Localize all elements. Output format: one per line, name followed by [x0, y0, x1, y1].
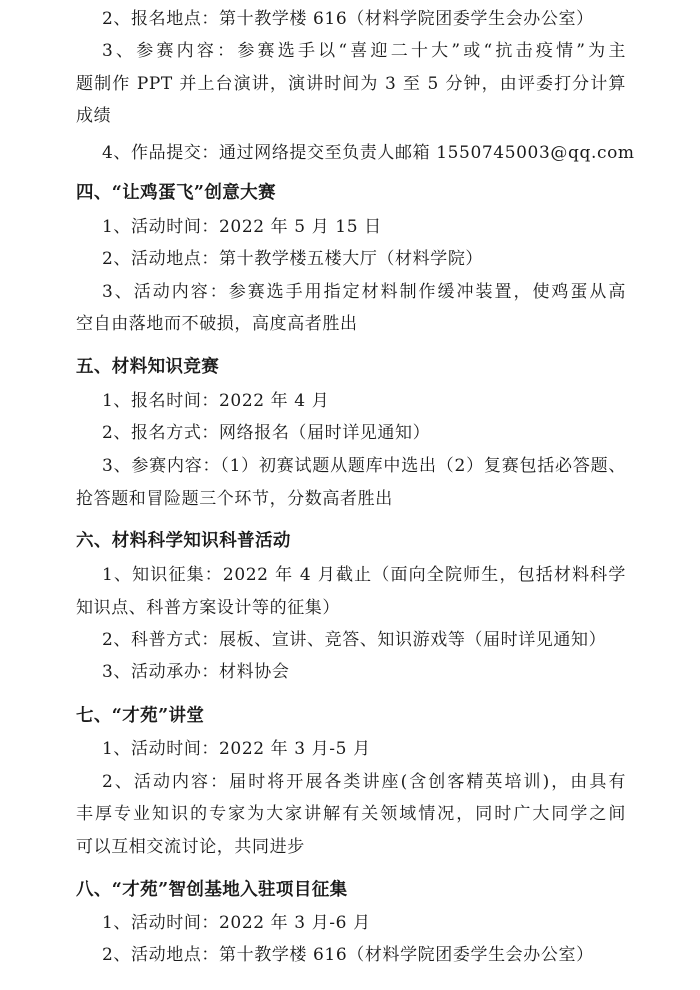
text-line: 1、报名时间：2022 年 4 月 — [102, 390, 329, 412]
text-line: 1、活动时间：2022 年 3 月-5 月 — [102, 738, 371, 760]
text-line: 4、作品提交：通过网络提交至负责人邮箱 1550745003@qq.com — [102, 142, 635, 164]
section-heading: 五、材料知识竞赛 — [76, 356, 219, 378]
text-line: 3、参赛内容：（1）初赛试题从题库中选出（2）复赛包括必答题、 — [102, 455, 626, 477]
text-line: 2、活动内容：届时将开展各类讲座(含创客精英培训)，由具有 — [102, 771, 626, 793]
text-line: 1、活动时间：2022 年 5 月 15 日 — [102, 216, 382, 238]
text-line: 2、科普方式：展板、宣讲、竞答、知识游戏等（届时详见通知） — [102, 629, 606, 651]
text-line: 知识点、科普方案设计等的征集） — [76, 597, 340, 619]
text-line: 2、报名地点：第十教学楼 616（材料学院团委学生会办公室） — [102, 8, 594, 30]
text-line: 3、活动内容：参赛选手用指定材料制作缓冲装置，使鸡蛋从高 — [102, 281, 626, 303]
section-heading: 七、“才苑”讲堂 — [76, 705, 204, 727]
text-line: 1、活动时间：2022 年 3 月-6 月 — [102, 912, 371, 934]
text-line: 1、知识征集：2022 年 4 月截止（面向全院师生，包括材料科学 — [102, 564, 626, 586]
text-line: 空自由落地而不破损，高度高者胜出 — [76, 313, 358, 335]
text-line: 3、参赛内容：参赛选手以“喜迎二十大”或“抗击疫情”为主 — [102, 40, 626, 62]
text-line: 2、活动地点：第十教学楼 616（材料学院团委学生会办公室） — [102, 944, 594, 966]
section-heading: 四、“让鸡蛋飞”创意大赛 — [76, 182, 276, 204]
section-heading: 八、“才苑”智创基地入驻项目征集 — [76, 879, 348, 901]
text-line: 3、活动承办：材料协会 — [102, 661, 289, 683]
text-line: 成绩 — [76, 105, 111, 127]
text-line: 2、活动地点：第十教学楼五楼大厅（材料学院） — [102, 248, 483, 270]
text-line: 丰厚专业知识的专家为大家讲解有关领域情况，同时广大同学之间 — [76, 803, 626, 825]
text-line: 可以互相交流讨论，共同进步 — [76, 836, 305, 858]
text-line: 2、报名方式：网络报名（届时详见通知） — [102, 422, 430, 444]
section-heading: 六、材料科学知识科普活动 — [76, 530, 291, 552]
text-line: 题制作 PPT 并上台演讲，演讲时间为 3 至 5 分钟，由评委打分计算 — [76, 73, 626, 95]
text-line: 抢答题和冒险题三个环节，分数高者胜出 — [76, 488, 393, 510]
